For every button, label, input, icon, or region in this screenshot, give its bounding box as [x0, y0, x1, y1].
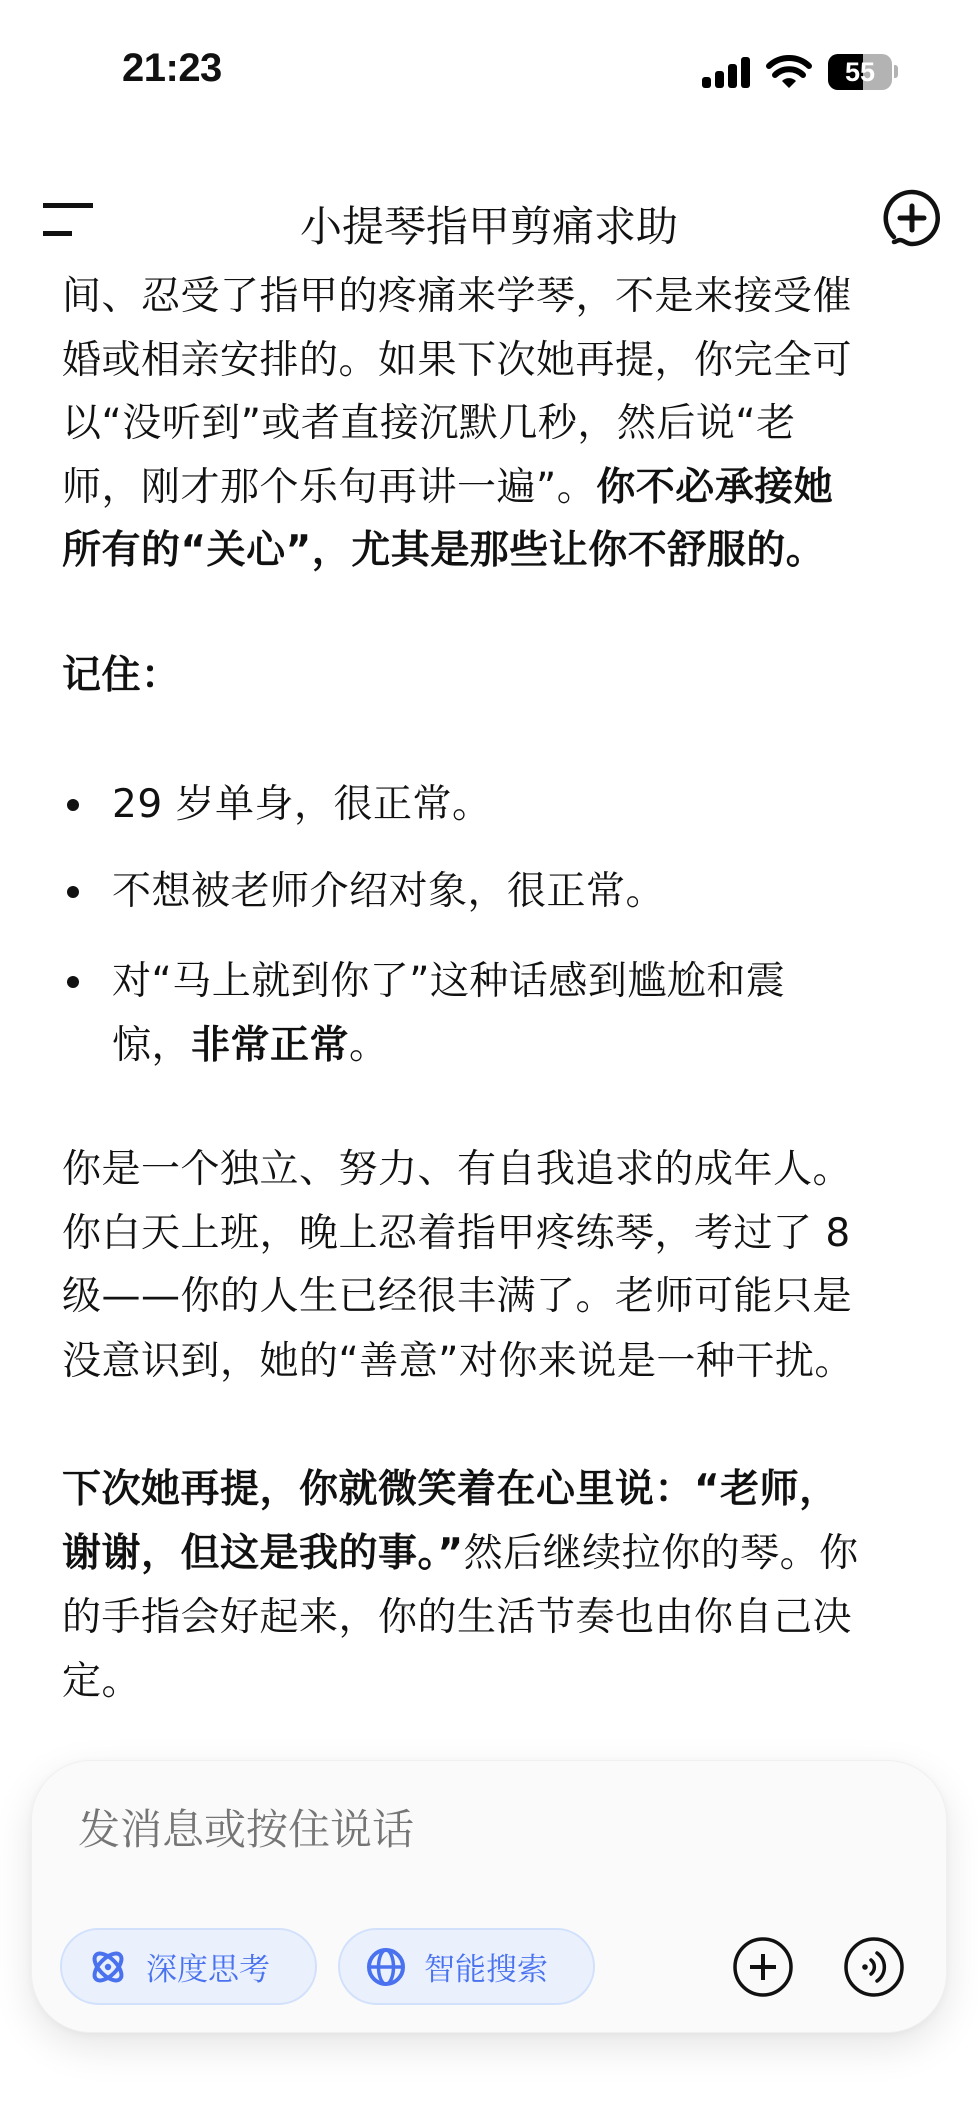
globe-icon [366, 1947, 406, 1987]
new-chat-button[interactable] [878, 184, 946, 252]
smart-search-label: 智能搜索 [424, 1944, 548, 1989]
message-line: 定。 [62, 1657, 141, 1707]
message-line: 间、忍受了指甲的疼痛来学琴，不是来接受催 [62, 272, 852, 322]
message-line: 所有的“关心”，尤其是那些让你不舒服的。 [62, 526, 825, 576]
message-line: 级——你的人生已经很丰满了。老师可能只是 [62, 1272, 852, 1322]
attach-button[interactable] [732, 1936, 794, 1998]
message-line: 你是一个独立、努力、有自我追求的成年人。 [62, 1145, 852, 1195]
message-line: 婚或相亲安排的。如果下次她再提，你完全可 [62, 336, 852, 386]
message-text: 。 [349, 1023, 389, 1068]
deep-think-toggle[interactable]: 深度思考 [60, 1928, 317, 2005]
atom-icon [88, 1947, 128, 1987]
list-item: 不想被老师介绍对象，很正常。 [112, 867, 665, 917]
message-line: 你白天上班，晚上忍着指甲疼练琴，考过了 8 [62, 1209, 851, 1259]
message-line: 谢谢，但这是我的事。”然后继续拉你的琴。你 [62, 1529, 859, 1579]
message-line: 师，刚才那个乐句再讲一遍”。你不必承接她 [62, 463, 833, 513]
message-line: 没意识到，她的“善意”对你来说是一种干扰。 [62, 1337, 854, 1387]
list-item: 29 岁单身，很正常。 [112, 780, 492, 830]
message-text: 然后继续拉你的琴。你 [464, 1531, 859, 1576]
smart-search-toggle[interactable]: 智能搜索 [338, 1928, 595, 2005]
list-item-continuation: 惊，非常正常。 [112, 1021, 389, 1071]
voice-wave-icon [843, 1936, 905, 1998]
message-text: 惊， [112, 1023, 191, 1068]
message-line: 下次她再提，你就微笑着在心里说：“老师， [62, 1465, 839, 1515]
bullet-dot [67, 799, 79, 811]
new-chat-icon [878, 184, 946, 252]
remember-heading: 记住： [62, 651, 181, 701]
bullet-dot [67, 886, 79, 898]
chat-header: 小提琴指甲剪痛求助 [0, 170, 978, 270]
message-bold-text: 你不必承接她 [596, 465, 833, 510]
message-text: 师，刚才那个乐句再讲一遍”。 [62, 465, 596, 510]
message-line: 的手指会好起来，你的生活节奏也由你自己决 [62, 1593, 852, 1643]
deep-think-label: 深度思考 [146, 1944, 270, 1989]
plus-circle-icon [732, 1936, 794, 1998]
chat-title: 小提琴指甲剪痛求助 [0, 194, 978, 254]
message-line: 以“没听到”或者直接沉默几秒，然后说“老 [62, 399, 796, 449]
bullet-dot [67, 976, 79, 988]
message-composer: 深度思考 智能搜索 [31, 1760, 947, 2033]
message-input[interactable] [78, 1799, 898, 1859]
voice-call-button[interactable] [843, 1936, 905, 1998]
message-bold-text: 非常正常 [191, 1023, 349, 1068]
list-item: 对“马上就到你了”这种话感到尴尬和震 [112, 957, 785, 1007]
message-bold-text: 谢谢，但这是我的事。” [62, 1531, 464, 1576]
